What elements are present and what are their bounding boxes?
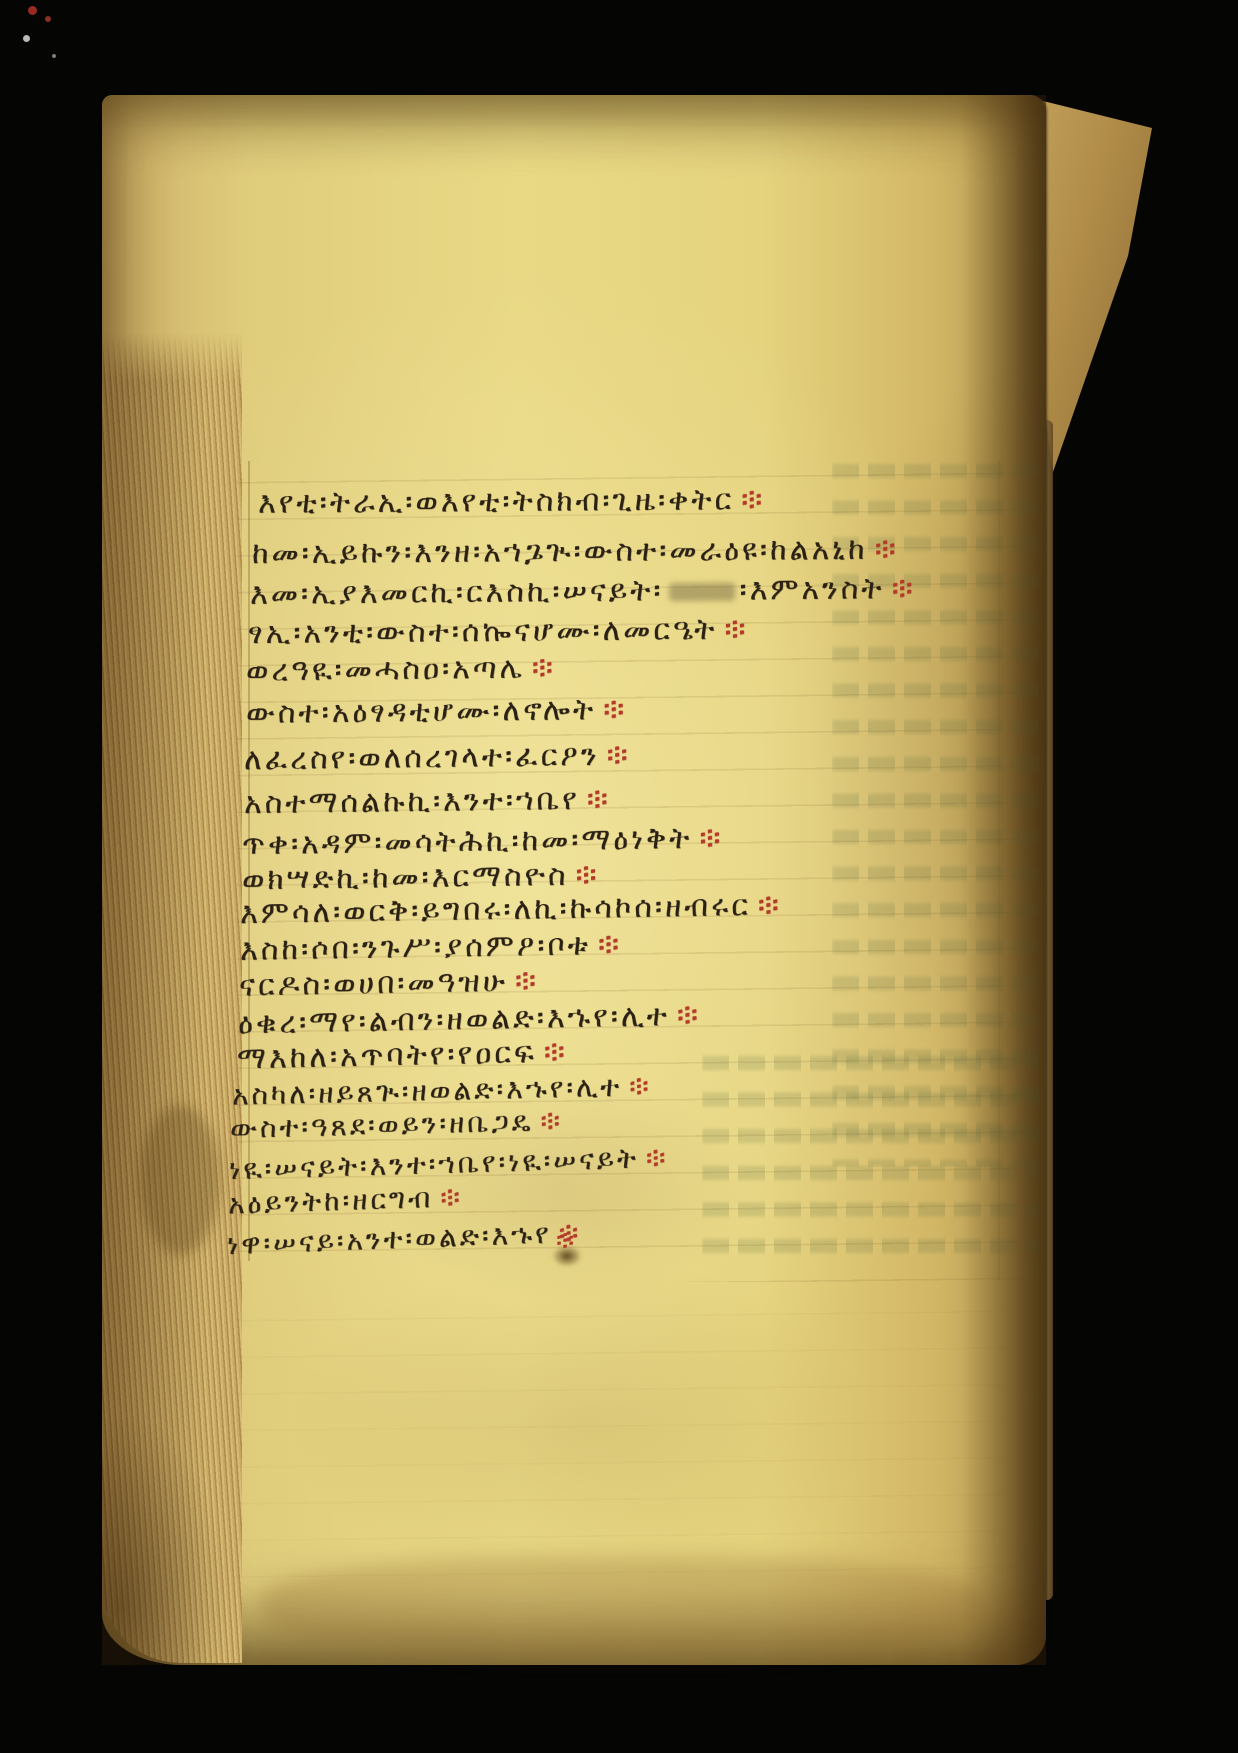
manuscript-photo: እየቲ፡ትራኢ፡ወእየቲ፡ትስክብ፡ጊዜ፡ቀትር፨ከመ፡ኢይኩን፡እንዘ፡አኀጔ…	[0, 0, 1238, 1753]
rubric-paragraph-mark: ፨	[629, 1069, 649, 1102]
line-text: ውስተ፡ዓጸደ፡ወይን፡ዘቤጋዴ	[230, 1105, 534, 1145]
rubric-paragraph-mark: ፨	[874, 532, 895, 567]
rubric-paragraph-mark: ፨	[758, 888, 780, 923]
line-text: ነዋ፡ሠናይ፡አንተ፡ወልድ፡እኁየ	[227, 1217, 553, 1261]
line-text: እመ፡ኢያእመርኪ፡ርእስኪ፡ሠናይት፡	[250, 573, 664, 612]
line-text: አስካለ፡ዘይጸጒ፡ዘወልድ፡እኁየ፡ሊተ	[232, 1070, 623, 1112]
erased-text-smudge	[668, 582, 734, 601]
rubric-paragraph-mark: ፨	[741, 482, 762, 517]
rubric-paragraph-mark: ፨	[575, 858, 597, 893]
line-text: ውስተ፡አዕፃዳቲሆሙ፡ለኖሎት	[246, 692, 597, 731]
line-text: ዕቁረ፡ማየ፡ልብን፡ዘወልድ፡እኁየ፡ሊተ	[238, 998, 670, 1041]
manuscript-line: ጥቀ፡አዳም፡መሳትሕኪ፡ከመ፡ማዕነቅት፨	[242, 821, 721, 863]
line-text: ናርዶስ፡ወሀበ፡መዓዝሁ	[239, 964, 508, 1004]
rubric-paragraph-mark: ፨	[645, 1141, 666, 1175]
line-text: እስከ፡ሶበ፡ንጉሥ፡ያሰምዖ፡ቦቱ	[240, 927, 591, 968]
rubric-paragraph-mark: ፨	[440, 1180, 461, 1214]
manuscript-line: ወረዓዪ፡መሓስዐ፡አጣሌ፨	[246, 650, 553, 688]
manuscript-line: እምሳለ፡ወርቅ፡ይግበሩ፡ለኪ፡ኩሳኮሰ፡ዘብሩር፨	[240, 888, 779, 931]
manuscript-line: ማእከለ፡አጥባትየ፡የዐርፍ፨	[237, 1035, 565, 1077]
rubric-paragraph-mark: ፨	[606, 738, 627, 773]
manuscript-line: ውስተ፡አዕፃዳቲሆሙ፡ለኖሎት፨	[246, 692, 625, 731]
manuscript-line: አዕይንትከ፡ዘርግብ፨	[228, 1180, 461, 1221]
line-text-continued: ፡እምአንስት	[739, 571, 884, 607]
manuscript-line: እመ፡ኢያእመርኪ፡ርእስኪ፡ሠናይት፡፡እምአንስት፨	[250, 571, 913, 612]
manuscript-line: ዕቁረ፡ማየ፡ልብን፡ዘወልድ፡እኁየ፡ሊተ፨	[238, 998, 699, 1042]
manuscript-line: እስከ፡ሶበ፡ንጉሥ፡ያሰምዖ፡ቦቱ፨	[240, 927, 619, 968]
rubric-paragraph-mark: ፨	[891, 571, 912, 606]
line-text: ነዪ፡ሠናይት፡እንተ፡ኀቤየ፡ነዪ፡ሠናይት	[229, 1142, 640, 1186]
line-text: ጥቀ፡አዳም፡መሳትሕኪ፡ከመ፡ማዕነቅት	[242, 821, 693, 862]
rubric-paragraph-mark: ፨	[603, 692, 624, 727]
line-text: አዕይንትከ፡ዘርግብ	[228, 1181, 434, 1220]
manuscript-line: ፃኢ፡አንቲ፡ውስተ፡ሰኰናሆሙ፡ለመርዔት፨	[248, 612, 746, 651]
manuscript-line: አስተማሰልኩኪ፡እንተ፡ኀቤየ፨	[244, 782, 608, 821]
manuscript-line: ናርዶስ፡ወሀበ፡መዓዝሁ፨	[239, 963, 537, 1003]
line-text: ከመ፡ኢይኩን፡እንዘ፡አኀጔጒ፡ውስተ፡መራዕዩ፡ከልአኒከ	[252, 532, 868, 571]
rubric-paragraph-mark: ፨	[556, 1226, 574, 1257]
rubric-paragraph-mark: ፨	[677, 998, 699, 1033]
manuscript-line: እየቲ፡ትራኢ፡ወእየቲ፡ትስክብ፡ጊዜ፡ቀትር፨	[258, 482, 762, 521]
manuscript-line: ለፈረስየ፡ወለሰረገላተ፡ፈርዖን፨	[244, 738, 628, 778]
line-text: ወረዓዪ፡መሓስዐ፡አጣሌ	[246, 651, 525, 689]
line-text: ፃኢ፡አንቲ፡ውስተ፡ሰኰናሆሙ፡ለመርዔት	[248, 612, 718, 651]
line-text: አስተማሰልኩኪ፡እንተ፡ኀቤየ	[244, 782, 580, 821]
line-text: ማእከለ፡አጥባትየ፡የዐርፍ	[237, 1035, 537, 1076]
manuscript-line: ውስተ፡ዓጸደ፡ወይን፡ዘቤጋዴ፨	[230, 1104, 561, 1146]
rubric-paragraph-mark: ፨	[587, 782, 608, 817]
rubric-paragraph-mark: ፨	[540, 1104, 560, 1137]
rubric-paragraph-mark: ፨	[699, 821, 721, 856]
rubric-paragraph-mark: ፨	[532, 650, 553, 685]
manuscript-line: ከመ፡ኢይኩን፡እንዘ፡አኀጔጒ፡ውስተ፡መራዕዩ፡ከልአኒከ፨	[252, 532, 896, 571]
line-text: ለፈረስየ፡ወለሰረገላተ፡ፈርዖን	[244, 738, 600, 777]
manuscript-line: ነዋ፡ሠናይ፡አንተ፡ወልድ፡እኁየ፨	[227, 1216, 579, 1262]
text-block: እየቲ፡ትራኢ፡ወእየቲ፡ትስክብ፡ጊዜ፡ቀትር፨ከመ፡ኢይኩን፡እንዘ፡አኀጔ…	[0, 0, 1238, 1753]
line-text: እምሳለ፡ወርቅ፡ይግበሩ፡ለኪ፡ኩሳኮሰ፡ዘብሩር	[240, 888, 751, 931]
rubric-paragraph-mark: ፨	[724, 612, 745, 647]
rubric-paragraph-mark: ፨	[543, 1035, 565, 1070]
rubric-paragraph-mark: ፨	[515, 963, 537, 998]
line-text: እየቲ፡ትራኢ፡ወእየቲ፡ትስክብ፡ጊዜ፡ቀትር	[258, 482, 734, 520]
rubric-paragraph-mark: ፨	[598, 927, 620, 962]
